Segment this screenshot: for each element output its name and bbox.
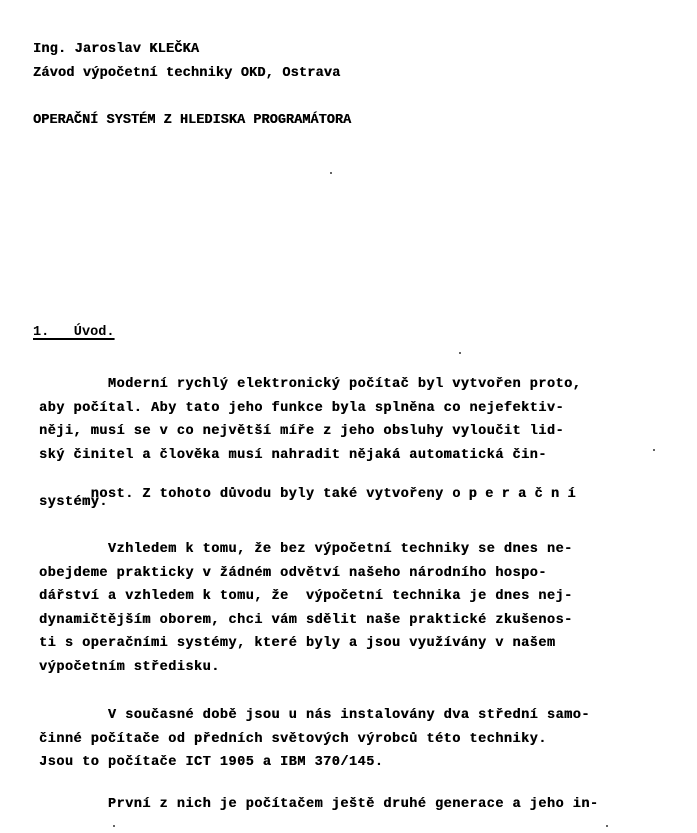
scan-speck bbox=[459, 352, 461, 354]
paragraph-line-text: nost. Z tohoto důvodu byly také vytvořen… bbox=[91, 487, 453, 502]
paragraph-line: obejdeme prakticky v žádném odvětví naše… bbox=[39, 566, 547, 582]
spaced-emphasis-word: systémy. bbox=[39, 495, 108, 511]
scan-speck bbox=[606, 825, 608, 827]
document-title: OPERAČNÍ SYSTÉM Z HLEDISKA PROGRAMÁTORA bbox=[33, 113, 351, 129]
paragraph-line: nost. Z tohoto důvodu byly také vytvořen… bbox=[39, 471, 584, 519]
scan-speck bbox=[653, 449, 655, 451]
paragraph-line: V současné době jsou u nás instalovány d… bbox=[39, 708, 590, 724]
paragraph-line: činné počítače od předních světových výr… bbox=[39, 732, 547, 748]
paragraph-line: dářství a vzhledem k tomu, že výpočetní … bbox=[39, 589, 573, 605]
paragraph-line: Moderní rychlý elektronický počítač byl … bbox=[39, 377, 581, 393]
paragraph-line: ti s operačními systémy, které byly a js… bbox=[39, 636, 555, 652]
paragraph-line: dynamičtějším oborem, chci vám sdělit na… bbox=[39, 613, 573, 629]
spaced-emphasis-word: operační bbox=[452, 487, 584, 502]
paragraph-line: něji, musí se v co největší míře z jeho … bbox=[39, 424, 564, 440]
paragraph-line: výpočetním středisku. bbox=[39, 660, 220, 676]
paragraph-line: Jsou to počítače ICT 1905 a IBM 370/145. bbox=[39, 755, 383, 771]
author-affiliation: Závod výpočetní techniky OKD, Ostrava bbox=[33, 66, 340, 82]
author-name: Ing. Jaroslav KLEČKA bbox=[33, 42, 199, 58]
paragraph-line: aby počítal. Aby tato jeho funkce byla s… bbox=[39, 401, 564, 417]
paragraph-line: Vzhledem k tomu, že bez výpočetní techni… bbox=[39, 542, 573, 558]
section-heading-uvod: 1. Úvod. bbox=[33, 325, 115, 341]
paragraph-line: První z nich je počítačem ještě druhé ge… bbox=[39, 797, 599, 813]
scan-speck bbox=[113, 825, 115, 827]
document-page: Ing. Jaroslav KLEČKA Závod výpočetní tec… bbox=[0, 0, 697, 833]
scan-speck bbox=[330, 172, 332, 174]
paragraph-line: ský činitel a člověka musí nahradit něja… bbox=[39, 448, 547, 464]
